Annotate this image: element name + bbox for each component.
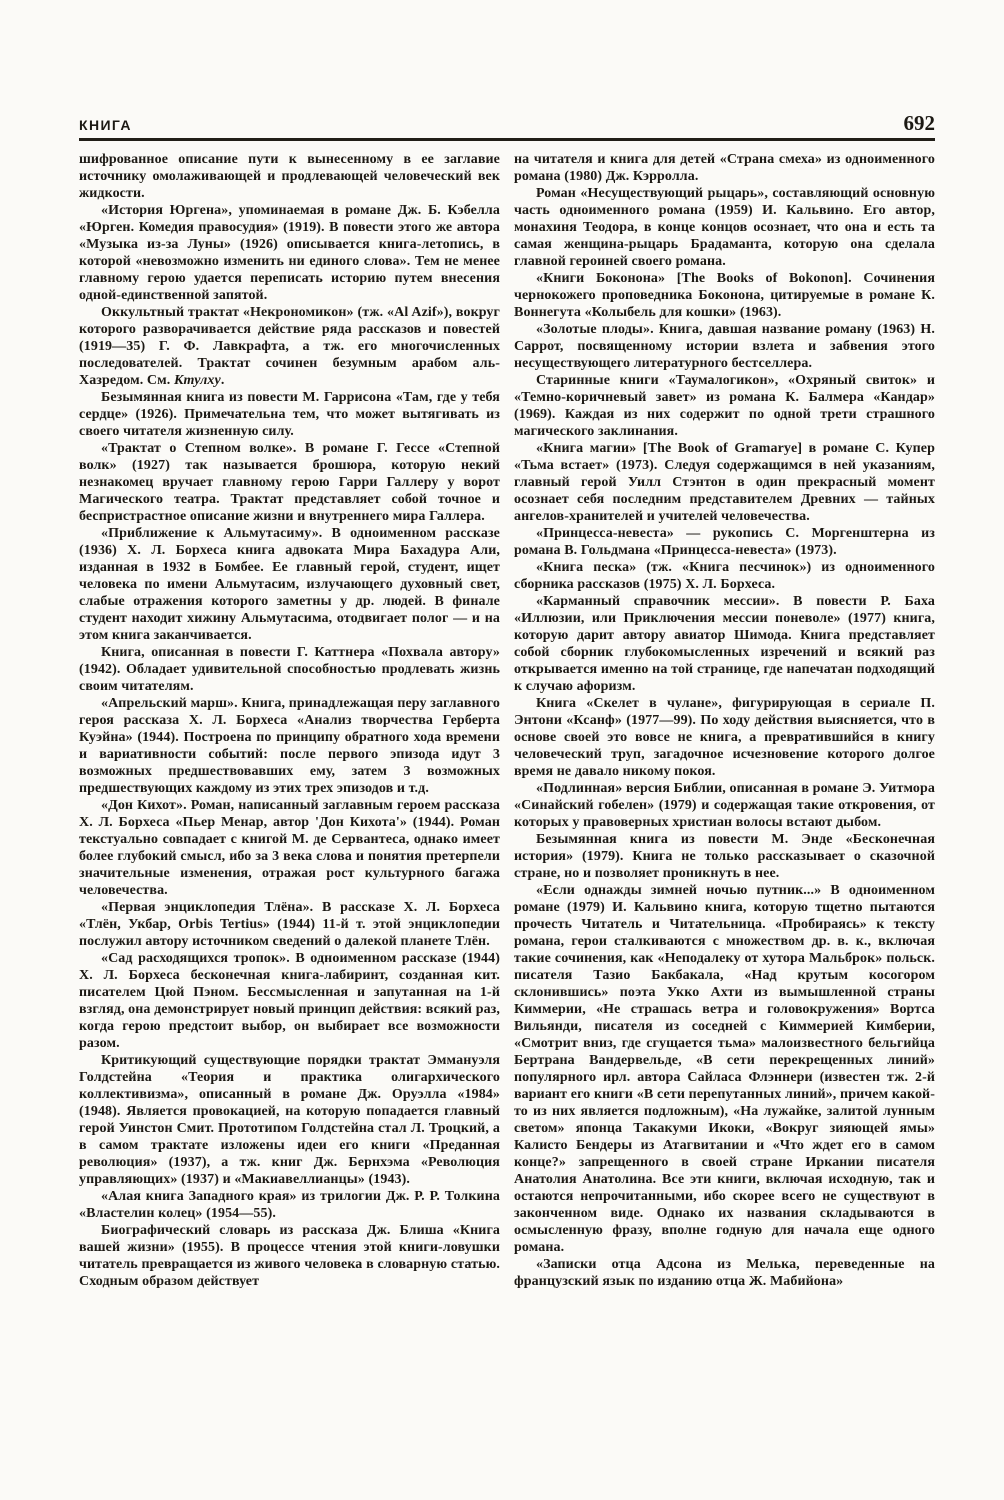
continued-paragraph: на читателя и книга для детей «Страна см… bbox=[514, 151, 935, 185]
text-columns: шифрованное описание пути к вынесенному … bbox=[79, 151, 935, 1415]
entry-paragraph: «История Юргена», упоминаемая в романе Д… bbox=[79, 202, 500, 304]
entry-paragraph: «Золотые плоды». Книга, давшая название … bbox=[514, 321, 935, 372]
entry-paragraph: Биографический словарь из рассказа Дж. Б… bbox=[79, 1222, 500, 1290]
entry-paragraph: «Первая энциклопедия Тлёна». В рассказе … bbox=[79, 899, 500, 950]
entry-paragraph: «Алая книга Западного края» из трилогии … bbox=[79, 1188, 500, 1222]
book-page: КНИГА 692 шифрованное описание пути к вы… bbox=[0, 0, 1004, 1500]
entry-paragraph: Книга «Скелет в чулане», фигурирующая в … bbox=[514, 695, 935, 780]
header-rule bbox=[79, 138, 935, 141]
entry-paragraph: «Записки отца Адсона из Мелька, переведе… bbox=[514, 1256, 935, 1290]
entry-paragraph: «Трактат о Степном волке». В романе Г. Г… bbox=[79, 440, 500, 525]
entry-paragraph: Книга, описанная в повести Г. Каттнера «… bbox=[79, 644, 500, 695]
cross-reference: Ктулху bbox=[174, 373, 221, 388]
entry-paragraph: «Сад расходящихся тропок». В одноименном… bbox=[79, 950, 500, 1052]
entry-paragraph: «Если однажды зимней ночью путник...» В … bbox=[514, 882, 935, 1256]
entry-text: . bbox=[221, 373, 225, 388]
entry-paragraph: «Книга магии» [The Book of Gramarye] в р… bbox=[514, 440, 935, 525]
running-title: КНИГА bbox=[79, 118, 132, 134]
entry-paragraph: Оккультный трактат «Некрономикон» (тж. «… bbox=[79, 304, 500, 389]
entry-paragraph: «Карманный справочник мессии». В повести… bbox=[514, 593, 935, 695]
entry-paragraph: Безымянная книга из повести М. Гаррисона… bbox=[79, 389, 500, 440]
left-column: шифрованное описание пути к вынесенному … bbox=[79, 151, 500, 1415]
entry-paragraph: Старинные книги «Таумалогикон», «Охряный… bbox=[514, 372, 935, 440]
page-content: КНИГА 692 шифрованное описание пути к вы… bbox=[79, 108, 935, 1415]
entry-paragraph: «Принцесса-невеста» — рукопись С. Морген… bbox=[514, 525, 935, 559]
continued-paragraph: шифрованное описание пути к вынесенному … bbox=[79, 151, 500, 202]
page-header: КНИГА 692 bbox=[79, 108, 935, 134]
entry-paragraph: «Книги Боконона» [The Books of Bokonon].… bbox=[514, 270, 935, 321]
page-number: 692 bbox=[904, 113, 936, 134]
entry-paragraph: «Книга песка» (тж. «Книга песчинок») из … bbox=[514, 559, 935, 593]
entry-paragraph: Роман «Несуществующий рыцарь», составляю… bbox=[514, 185, 935, 270]
entry-paragraph: «Подлинная» версия Библии, описанная в р… bbox=[514, 780, 935, 831]
entry-paragraph: «Дон Кихот». Роман, написанный заглавным… bbox=[79, 797, 500, 899]
entry-paragraph: «Апрельский марш». Книга, принадлежащая … bbox=[79, 695, 500, 797]
entry-text: Оккультный трактат «Некрономикон» (тж. «… bbox=[79, 305, 500, 388]
right-column: на читателя и книга для детей «Страна см… bbox=[514, 151, 935, 1415]
entry-paragraph: Критикующий существующие порядки трактат… bbox=[79, 1052, 500, 1188]
entry-paragraph: «Приближение к Альмутасиму». В одноименн… bbox=[79, 525, 500, 644]
entry-paragraph: Безымянная книга из повести М. Энде «Бес… bbox=[514, 831, 935, 882]
